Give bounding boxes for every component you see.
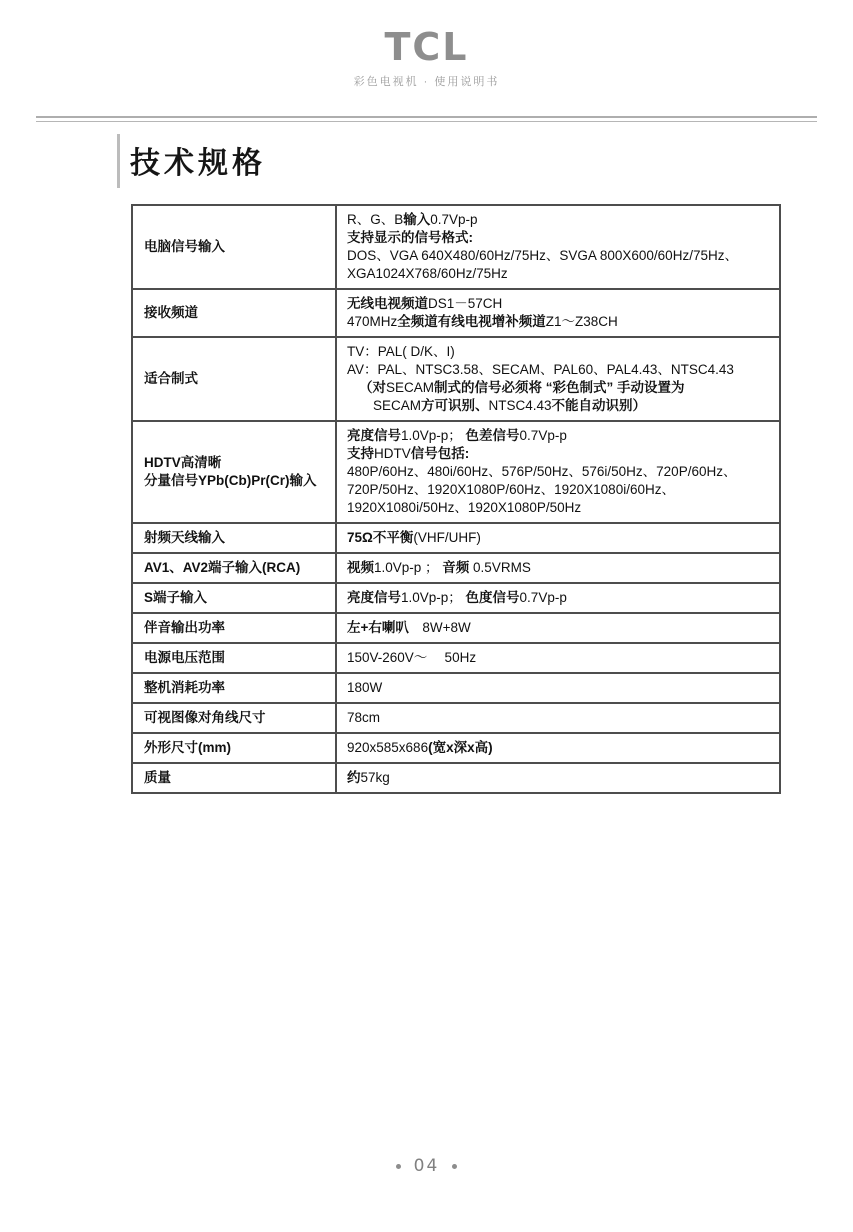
spec-label: 接收频道	[133, 290, 337, 336]
spec-table: 电脑信号输入R、G、B输入0.7Vp-p支持显示的信号格式:DOS、VGA 64…	[131, 204, 781, 794]
spec-row: AV1、AV2端子输入(RCA)视频1.0Vp-p ； 音频 0.5VRMS	[133, 552, 779, 582]
spec-row: 适合制式TV：PAL( D/K、I)AV：PAL、NTSC3.58、SECAM、…	[133, 336, 779, 420]
spec-row: 可视图像对角线尺寸78cm	[133, 702, 779, 732]
tcl-logo: TCL	[0, 28, 853, 66]
spec-row: 外形尺寸(mm)920x585x686(宽x深x高)	[133, 732, 779, 762]
spec-label: 可视图像对角线尺寸	[133, 704, 337, 732]
spec-label: S端子输入	[133, 584, 337, 612]
spec-value: 亮度信号1.0Vp-p； 色度信号0.7Vp-p	[337, 584, 779, 612]
spec-value: 无线电视频道DS1－57CH470MHz全频道有线电视增补频道Z1～Z38CH	[337, 290, 779, 336]
spec-row: S端子输入亮度信号1.0Vp-p； 色度信号0.7Vp-p	[133, 582, 779, 612]
footer-dot-left-icon	[396, 1164, 401, 1169]
spec-row: 电源电压范围150V-260V～ 50Hz	[133, 642, 779, 672]
spec-row: 质量约57kg	[133, 762, 779, 792]
manual-page: TCL 彩色电视机 · 使用说明书 技术规格 电脑信号输入R、G、B输入0.7V…	[0, 0, 853, 1232]
spec-row: 伴音输出功率左+右喇叭 8W+8W	[133, 612, 779, 642]
header-divider	[36, 116, 817, 122]
spec-label: 适合制式	[133, 338, 337, 420]
spec-value: 78cm	[337, 704, 779, 732]
spec-value: 左+右喇叭 8W+8W	[337, 614, 779, 642]
spec-row: HDTV高清晰分量信号YPb(Cb)Pr(Cr)输入亮度信号1.0Vp-p； 色…	[133, 420, 779, 522]
spec-value: 亮度信号1.0Vp-p； 色差信号0.7Vp-p支持HDTV信号包括:480P/…	[337, 422, 779, 522]
spec-label: 整机消耗功率	[133, 674, 337, 702]
spec-value: TV：PAL( D/K、I)AV：PAL、NTSC3.58、SECAM、PAL6…	[337, 338, 779, 420]
spec-value: 920x585x686(宽x深x高)	[337, 734, 779, 762]
spec-value: 180W	[337, 674, 779, 702]
spec-row: 接收频道无线电视频道DS1－57CH470MHz全频道有线电视增补频道Z1～Z3…	[133, 288, 779, 336]
spec-value: R、G、B输入0.7Vp-p支持显示的信号格式:DOS、VGA 640X480/…	[337, 206, 779, 288]
spec-label: 质量	[133, 764, 337, 792]
spec-label: 伴音输出功率	[133, 614, 337, 642]
spec-value: 视频1.0Vp-p ； 音频 0.5VRMS	[337, 554, 779, 582]
page-number: 04	[414, 1156, 440, 1176]
spec-row: 电脑信号输入R、G、B输入0.7Vp-p支持显示的信号格式:DOS、VGA 64…	[133, 206, 779, 288]
spec-label: AV1、AV2端子输入(RCA)	[133, 554, 337, 582]
spec-row: 射频天线输入75Ω不平衡(VHF/UHF)	[133, 522, 779, 552]
page-title: 技术规格	[130, 138, 853, 182]
spec-value: 约57kg	[337, 764, 779, 792]
spec-label: 电源电压范围	[133, 644, 337, 672]
logo-tagline: 彩色电视机 · 使用说明书	[0, 73, 853, 89]
spec-label: 外形尺寸(mm)	[133, 734, 337, 762]
page-header: TCL 彩色电视机 · 使用说明书	[0, 0, 853, 89]
section-title-block: 技术规格	[117, 134, 853, 188]
page-footer: 04	[0, 1156, 853, 1176]
spec-value: 150V-260V～ 50Hz	[337, 644, 779, 672]
spec-label: 电脑信号输入	[133, 206, 337, 288]
spec-row: 整机消耗功率180W	[133, 672, 779, 702]
footer-dot-right-icon	[452, 1164, 457, 1169]
spec-value: 75Ω不平衡(VHF/UHF)	[337, 524, 779, 552]
spec-label: 射频天线输入	[133, 524, 337, 552]
spec-label: HDTV高清晰分量信号YPb(Cb)Pr(Cr)输入	[133, 422, 337, 522]
